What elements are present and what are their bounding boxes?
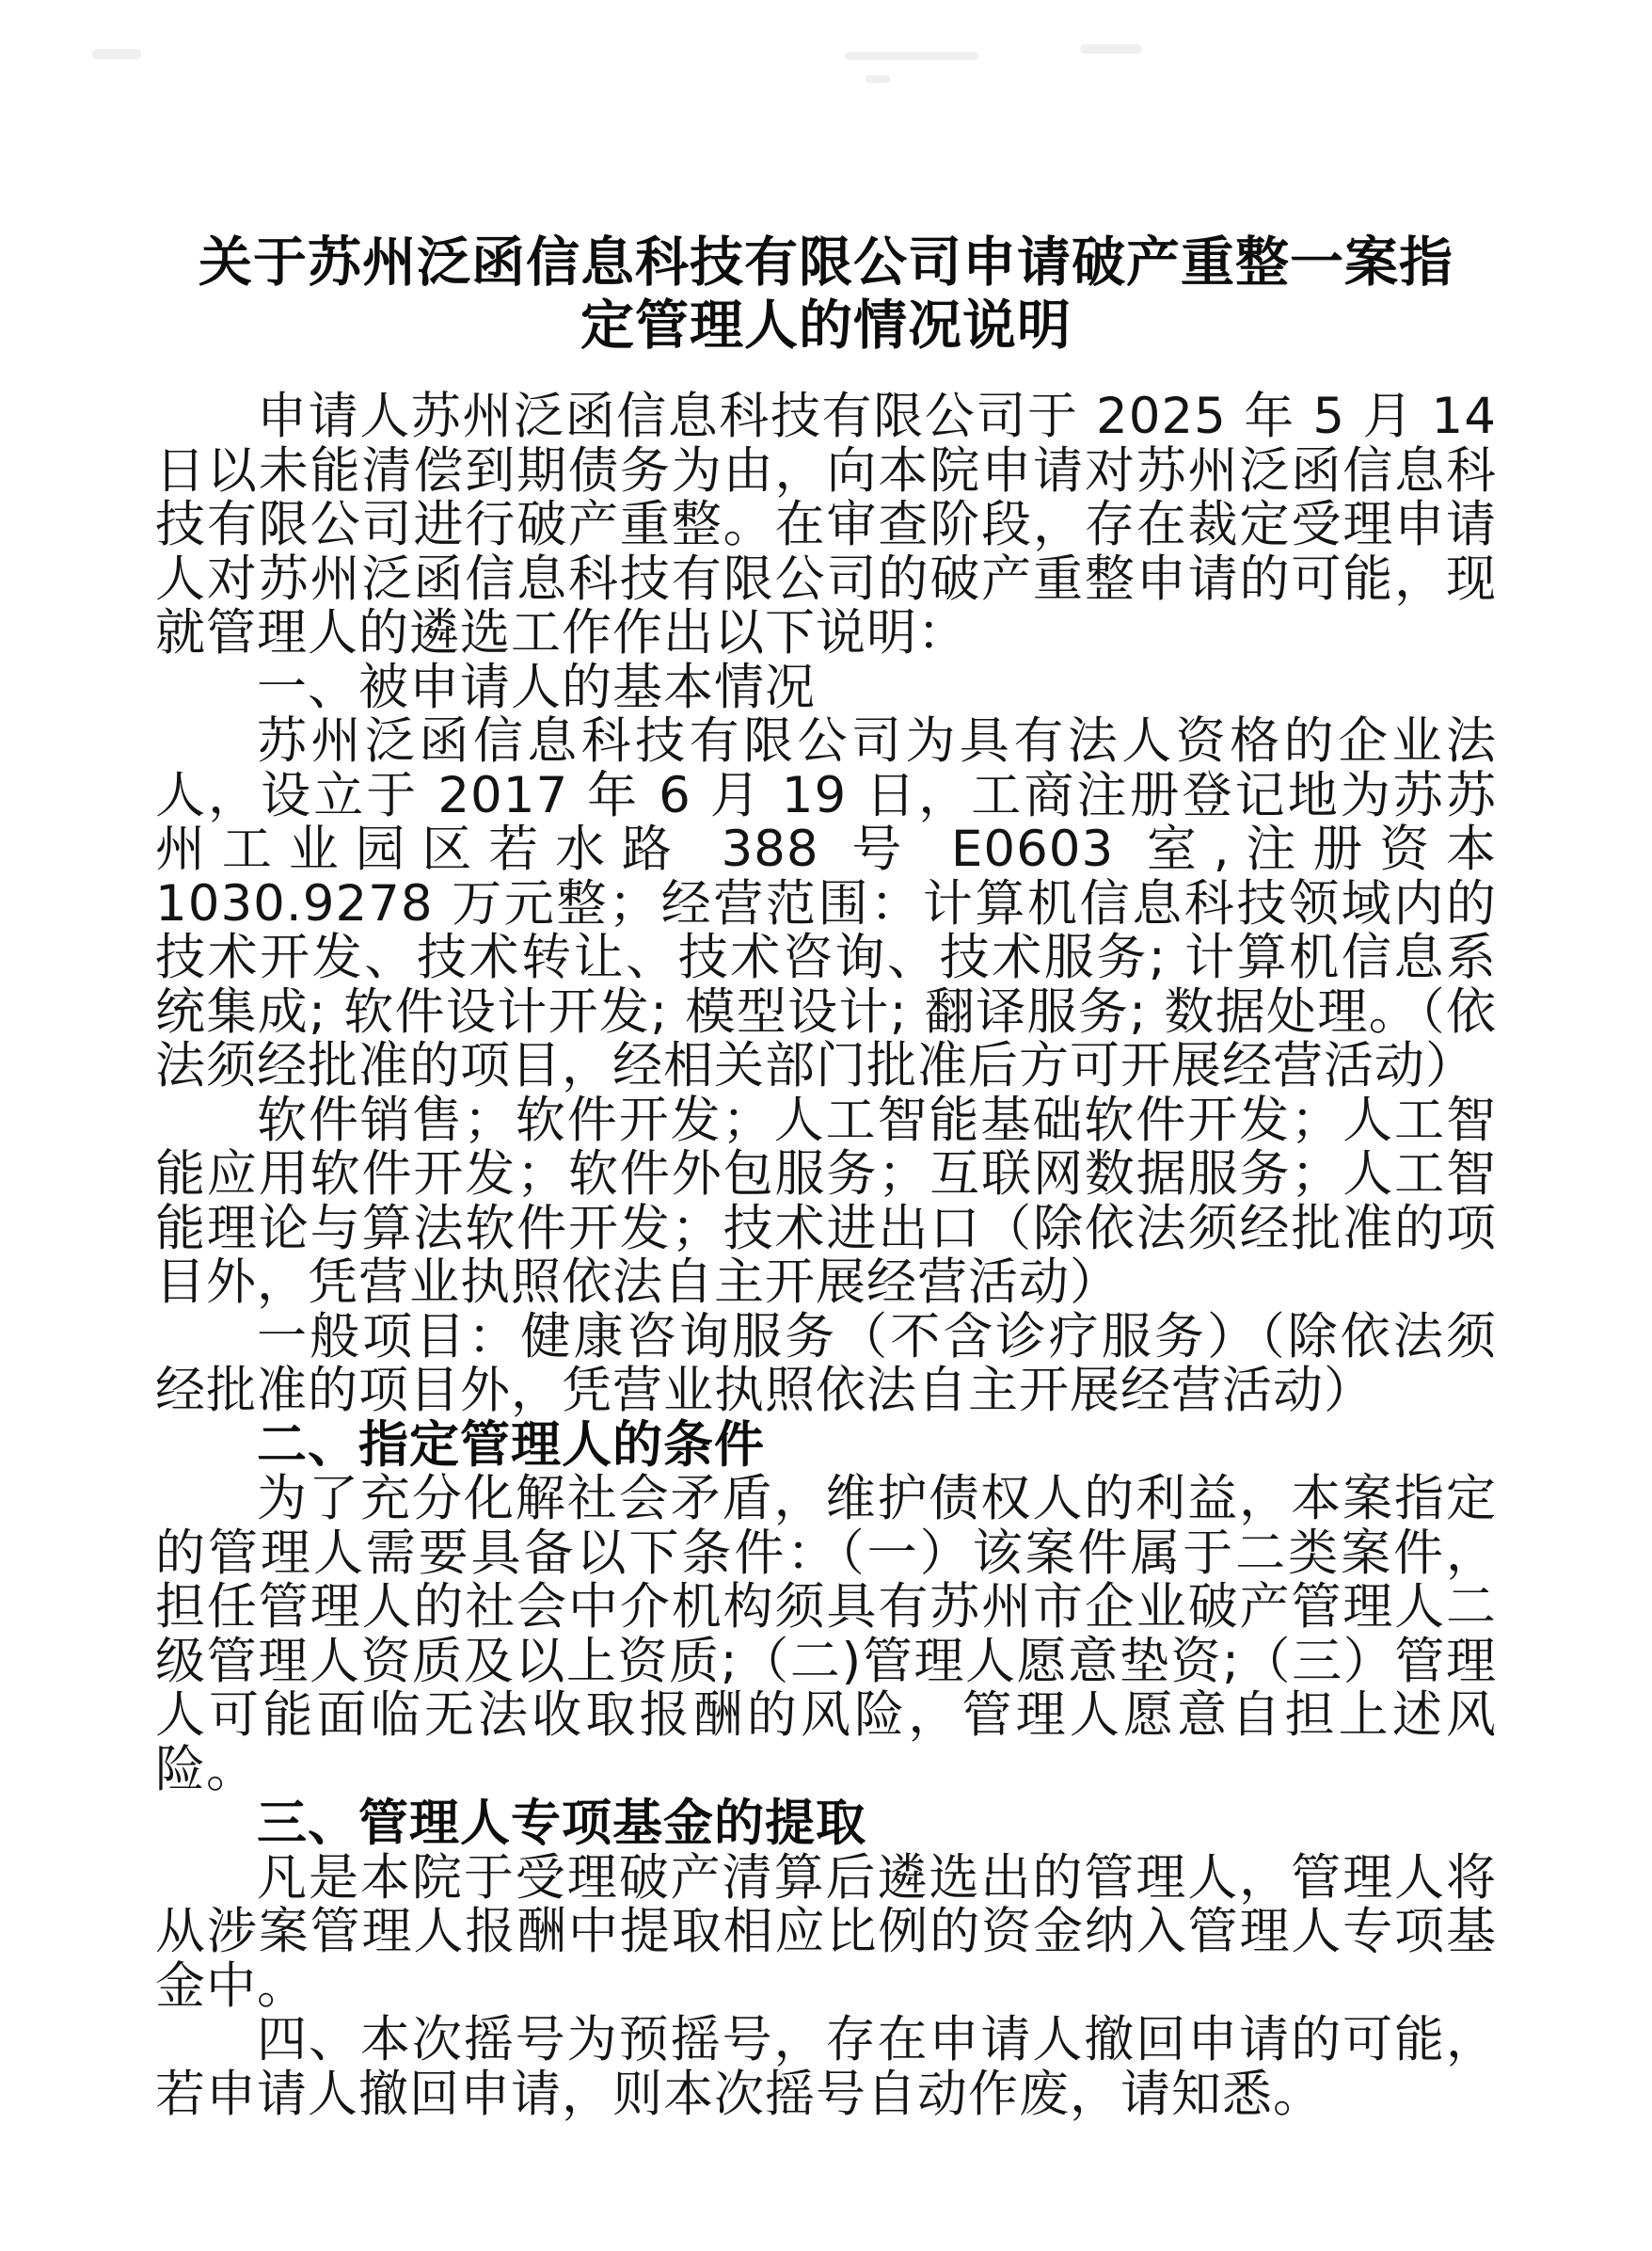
scan-artifact: [1080, 44, 1142, 54]
paragraph-special-fund: 凡是本院于受理破产清算后遴选出的管理人，管理人将从涉案管理人报酬中提取相应比例的…: [155, 1851, 1497, 2014]
document-body: 申请人苏州泛函信息科技有限公司于 2025 年 5 月 14 日以未能清偿到期债…: [155, 390, 1497, 2121]
paragraph-administrator-conditions: 为了充分化解社会矛盾，维护债权人的利益，本案指定的管理人需要具备以下条件：（一）…: [155, 1472, 1497, 1796]
scan-artifact: [92, 49, 141, 59]
section-heading-3: 三、管理人专项基金的提取: [155, 1796, 1497, 1851]
paragraph-business-scope-licensed: 软件销售；软件开发；人工智能基础软件开发；人工智能应用软件开发；软件外包服务；互…: [155, 1094, 1497, 1310]
section-heading-1: 一、被申请人的基本情况: [155, 661, 1497, 715]
paragraph-pre-lottery-notice: 四、本次摇号为预摇号，存在申请人撤回申请的可能，若申请人撤回申请，则本次摇号自动…: [155, 2013, 1497, 2121]
paragraph-business-scope-general: 一般项目：健康咨询服务（不含诊疗服务）（除依法须经批准的项目外，凭营业执照依法自…: [155, 1310, 1497, 1418]
scan-artifact: [866, 75, 890, 83]
document-page: 关于苏州泛函信息科技有限公司申请破产重整一案指定管理人的情况说明 申请人苏州泛函…: [0, 0, 1652, 2251]
document-title: 关于苏州泛函信息科技有限公司申请破产重整一案指定管理人的情况说明: [194, 231, 1459, 358]
section-heading-2: 二、指定管理人的条件: [155, 1418, 1497, 1473]
scan-artifact: [845, 52, 978, 60]
paragraph-intro: 申请人苏州泛函信息科技有限公司于 2025 年 5 月 14 日以未能清偿到期债…: [155, 390, 1497, 661]
paragraph-company-basic-info: 苏州泛函信息科技有限公司为具有法人资格的企业法人，设立于 2017 年 6 月 …: [155, 714, 1497, 1094]
